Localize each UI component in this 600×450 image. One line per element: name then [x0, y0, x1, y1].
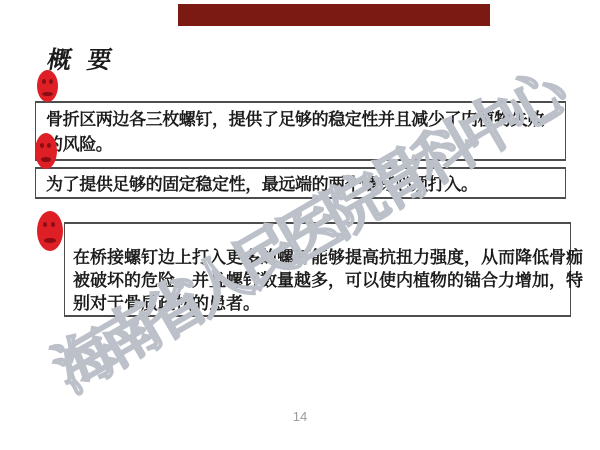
slide-page: 概 要 骨折区两边各三枚螺钉，提供了足够的稳定性并且减少了内植物失败 的风险。 …	[0, 0, 600, 450]
bullet-eye-icon	[51, 222, 55, 227]
text-box-fracture-screws: 骨折区两边各三枚螺钉，提供了足够的稳定性并且减少了内植物失败 的风险。	[35, 101, 566, 161]
slide-accent-bar	[178, 4, 490, 26]
text-line: 别对于骨质疏松的患者。	[73, 292, 570, 315]
page-number: 14	[0, 409, 600, 424]
bullet-eye-icon	[43, 222, 47, 227]
red-smiley-bullet-icon	[37, 211, 63, 251]
slide-title: 概 要	[45, 40, 120, 75]
text-line: 为了提供足够的固定稳定性，最远端的两个螺钉必须打入。	[46, 172, 565, 197]
red-smiley-bullet-icon	[35, 133, 57, 169]
text-box-fixation-stability: 为了提供足够的固定稳定性，最远端的两个螺钉必须打入。	[35, 167, 566, 199]
bullet-eye-icon	[40, 143, 44, 148]
text-line: 被破坏的危险。并且螺钉数量越多，可以使内植物的锚合力增加，特	[73, 269, 570, 292]
text-box-bridging-screws: 在桥接螺钉边上打入更多的螺钉能够提高抗扭力强度，从而降低骨痂 被破坏的危险。并且…	[64, 222, 571, 317]
bullet-mouth-icon	[41, 157, 52, 162]
bullet-eye-icon	[42, 79, 46, 84]
text-line: 的风险。	[46, 132, 565, 157]
text-line: 骨折区两边各三枚螺钉，提供了足够的稳定性并且减少了内植物失败	[46, 107, 565, 132]
bullet-mouth-icon	[42, 92, 52, 96]
text-line: 在桥接螺钉边上打入更多的螺钉能够提高抗扭力强度，从而降低骨痂	[73, 246, 570, 269]
bullet-mouth-icon	[44, 238, 56, 243]
red-smiley-bullet-icon	[37, 70, 58, 102]
bullet-eye-icon	[47, 143, 51, 148]
bullet-eye-icon	[49, 79, 53, 84]
